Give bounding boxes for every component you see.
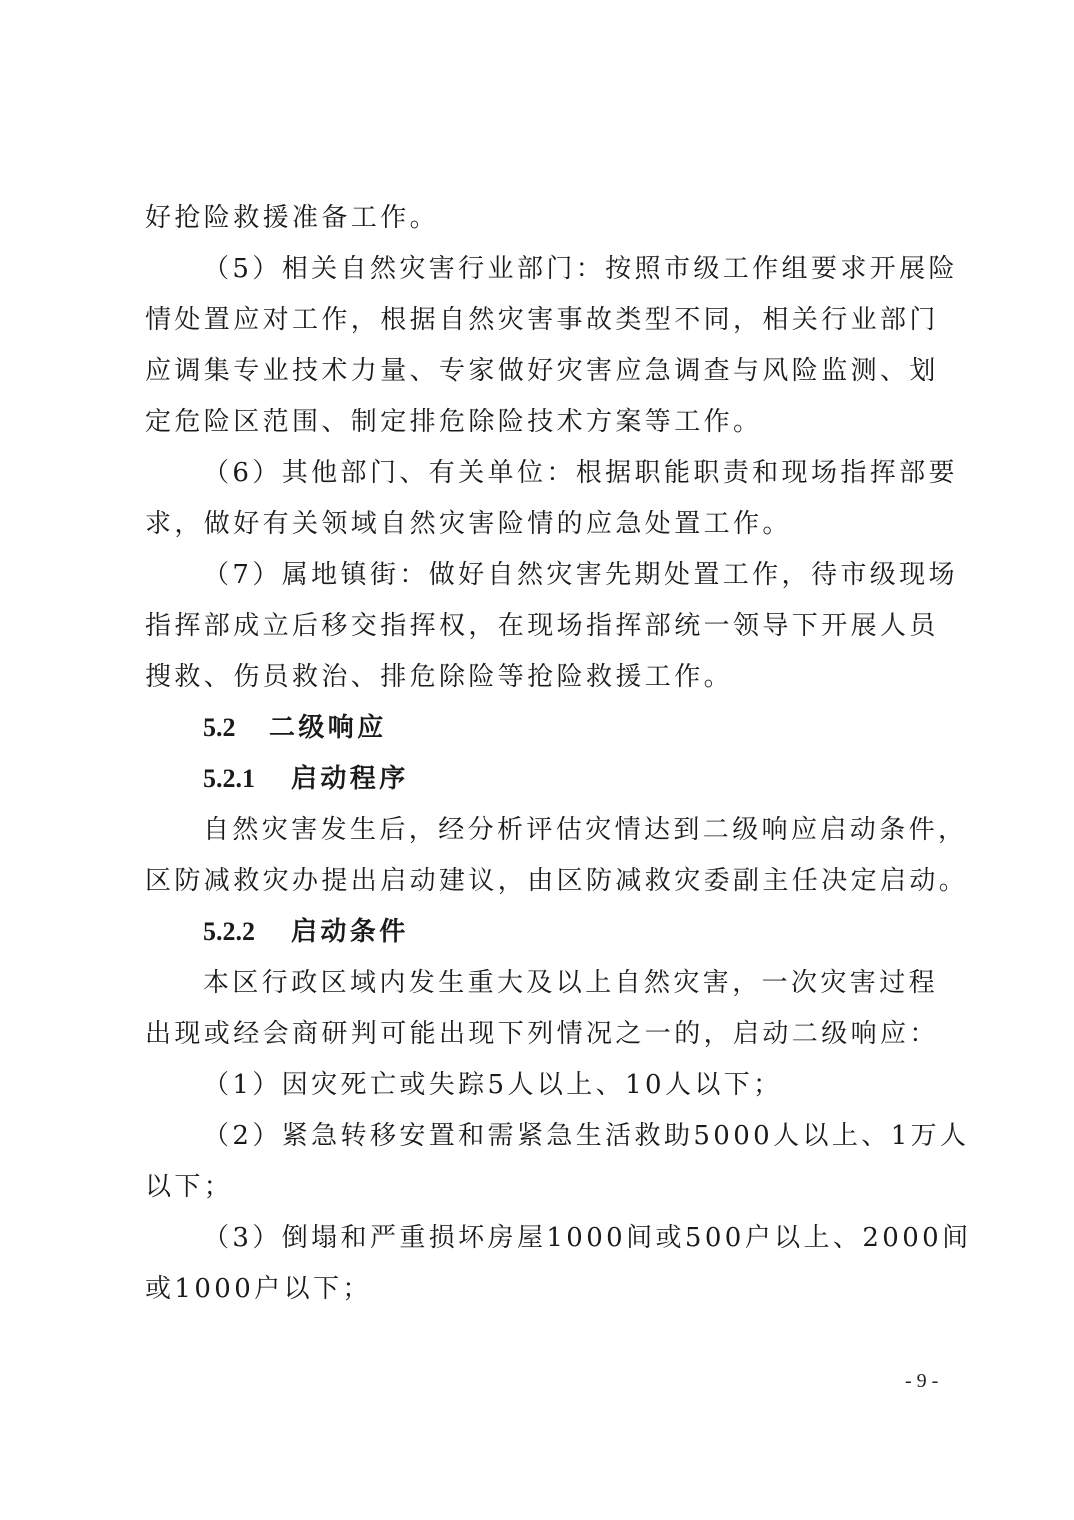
body-line: 好抢险救援准备工作。 — [145, 196, 941, 247]
body-line: 出现或经会商研判可能出现下列情况之一的，启动二级响应： — [145, 1012, 941, 1063]
body-line: 情处置应对工作，根据自然灾害事故类型不同，相关行业部门 — [145, 298, 941, 349]
section-heading-5-2: 5.2二级响应 — [145, 706, 941, 757]
body-line: 指挥部成立后移交指挥权，在现场指挥部统一领导下开展人员 — [145, 604, 941, 655]
body-line: 区防减救灾办提出启动建议，由区防减救灾委副主任决定启动。 — [145, 859, 941, 910]
section-number: 5.2.2 — [203, 910, 291, 954]
body-line: 求，做好有关领域自然灾害险情的应急处置工作。 — [145, 502, 941, 553]
body-line: 应调集专业技术力量、专家做好灾害应急调查与风险监测、划 — [145, 349, 941, 400]
section-number: 5.2.1 — [203, 757, 291, 801]
section-number: 5.2 — [203, 706, 269, 750]
section-title: 启动条件 — [291, 917, 409, 947]
paragraph: 自然灾害发生后，经分析评估灾情达到二级响应启动条件， — [145, 808, 941, 859]
section-title: 二级响应 — [269, 713, 387, 743]
document-page: 好抢险救援准备工作。 （5）相关自然灾害行业部门：按照市级工作组要求开展险 情处… — [145, 196, 941, 1318]
section-heading-5-2-1: 5.2.1启动程序 — [145, 757, 941, 808]
body-line: 或1000户以下； — [145, 1267, 941, 1318]
list-item-1: （1）因灾死亡或失踪5人以上、10人以下； — [145, 1063, 941, 1114]
section-title: 启动程序 — [291, 764, 409, 794]
list-item-2: （2）紧急转移安置和需紧急生活救助5000人以上、1万人 — [145, 1114, 941, 1165]
section-heading-5-2-2: 5.2.2启动条件 — [145, 910, 941, 961]
paragraph-5: （5）相关自然灾害行业部门：按照市级工作组要求开展险 — [145, 247, 941, 298]
page-number: - 9 - — [905, 1370, 938, 1393]
paragraph-7: （7）属地镇街：做好自然灾害先期处置工作，待市级现场 — [145, 553, 941, 604]
paragraph: 本区行政区域内发生重大及以上自然灾害，一次灾害过程 — [145, 961, 941, 1012]
paragraph-6: （6）其他部门、有关单位：根据职能职责和现场指挥部要 — [145, 451, 941, 502]
list-item-3: （3）倒塌和严重损坏房屋1000间或500户以上、2000间 — [145, 1216, 941, 1267]
body-line: 搜救、伤员救治、排危除险等抢险救援工作。 — [145, 655, 941, 706]
body-line: 以下； — [145, 1165, 941, 1216]
body-line: 定危险区范围、制定排危除险技术方案等工作。 — [145, 400, 941, 451]
